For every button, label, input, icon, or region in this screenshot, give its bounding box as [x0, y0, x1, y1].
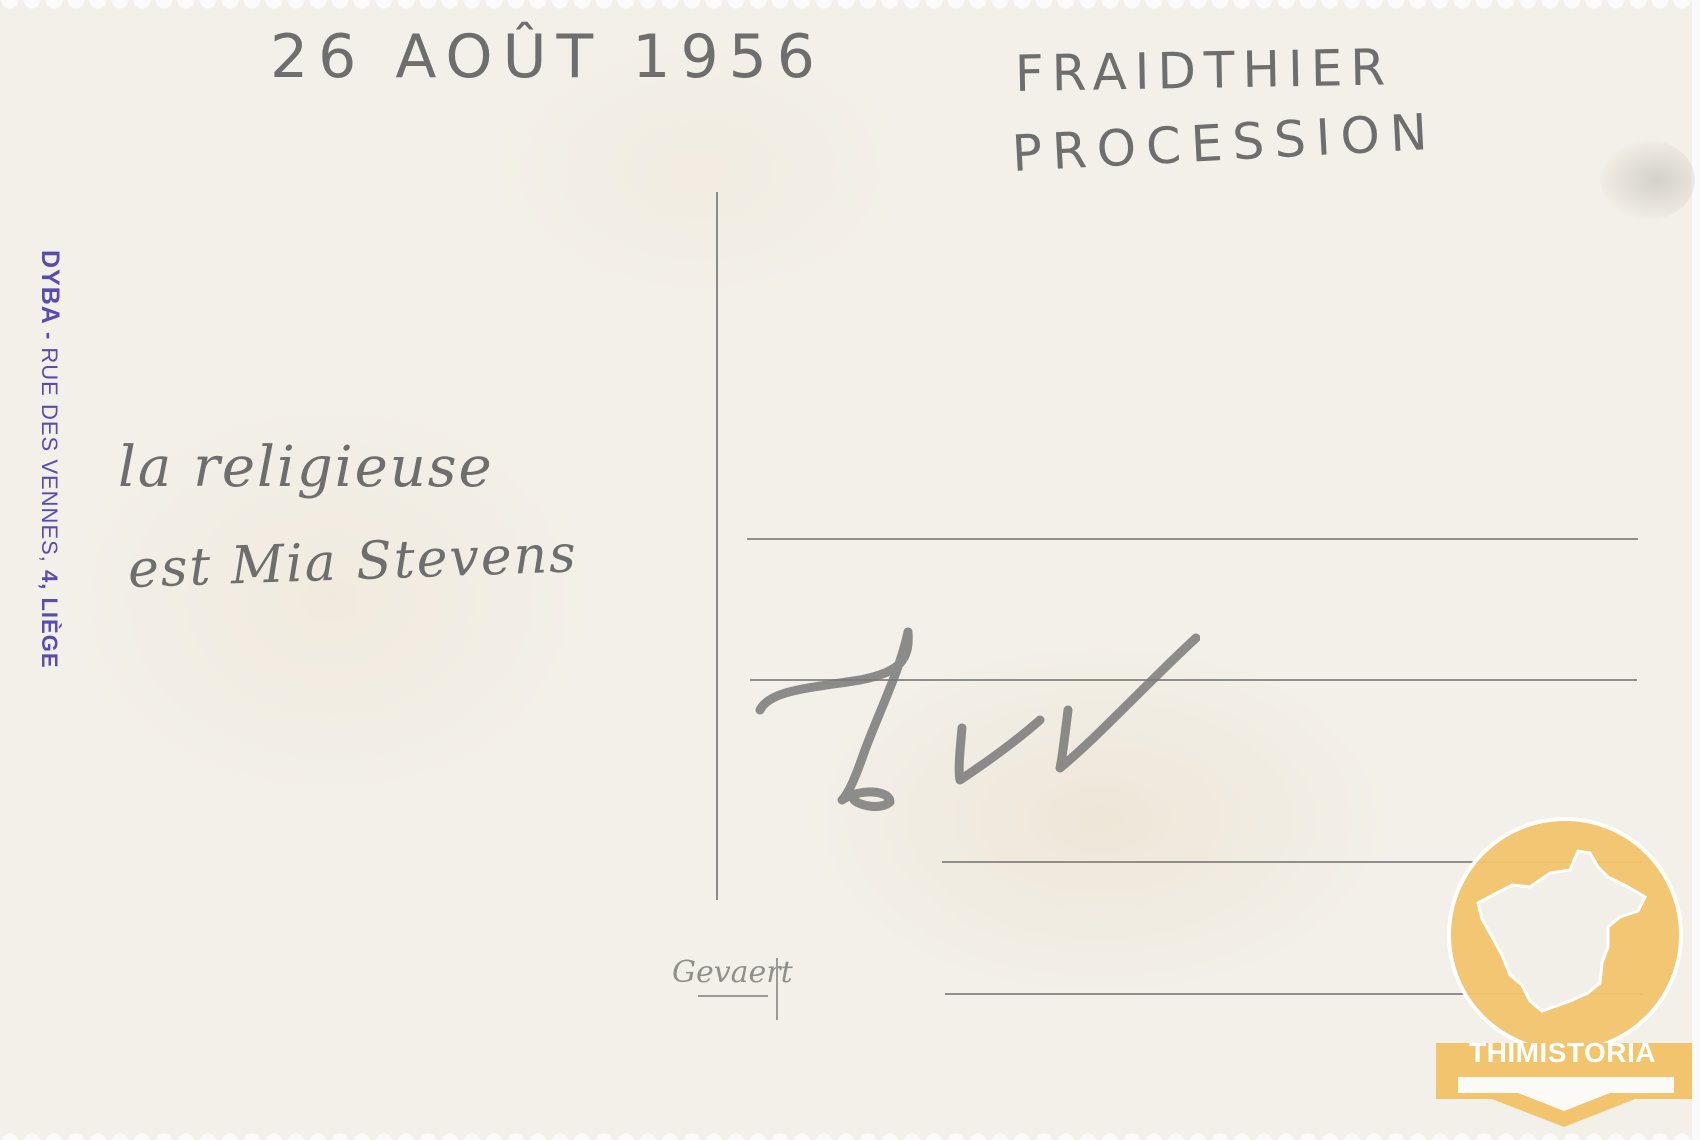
paper-stain: [1600, 140, 1695, 220]
publisher-street: RUE DES VENNES,: [37, 347, 62, 570]
address-line-1: [747, 538, 1638, 540]
handwritten-event: PROCESSION: [1010, 103, 1438, 183]
publisher-brand: DYBA: [36, 250, 64, 325]
handwritten-note-line1: la religieuse: [118, 435, 494, 500]
paper-brand-underline: [698, 995, 768, 997]
handwritten-note-line2: est Mia Stevens: [127, 524, 579, 600]
scalloped-edge-top: [0, 0, 1700, 12]
handwritten-date: 26 AOÛT 1956: [270, 22, 825, 92]
paper-brand-stem: [776, 958, 778, 1020]
publisher-separator: -: [37, 325, 62, 348]
publisher-stamp: DYBA - RUE DES VENNES, 4, LIÈGE: [35, 250, 64, 669]
thimistoria-logo-icon: [1430, 815, 1698, 1135]
publisher-city: 4, LIÈGE: [37, 570, 62, 668]
watermark-label: THIMISTORIA: [1440, 1037, 1685, 1069]
paper-brand-mark: Gevaert: [672, 955, 793, 990]
pencil-signature: [750, 620, 1200, 820]
message-address-divider: [716, 192, 718, 900]
handwritten-place: FRAIDTHIER: [1014, 38, 1393, 103]
postcard-back: 26 AOÛT 1956 FRAIDTHIER PROCESSION DYBA …: [0, 0, 1700, 1140]
